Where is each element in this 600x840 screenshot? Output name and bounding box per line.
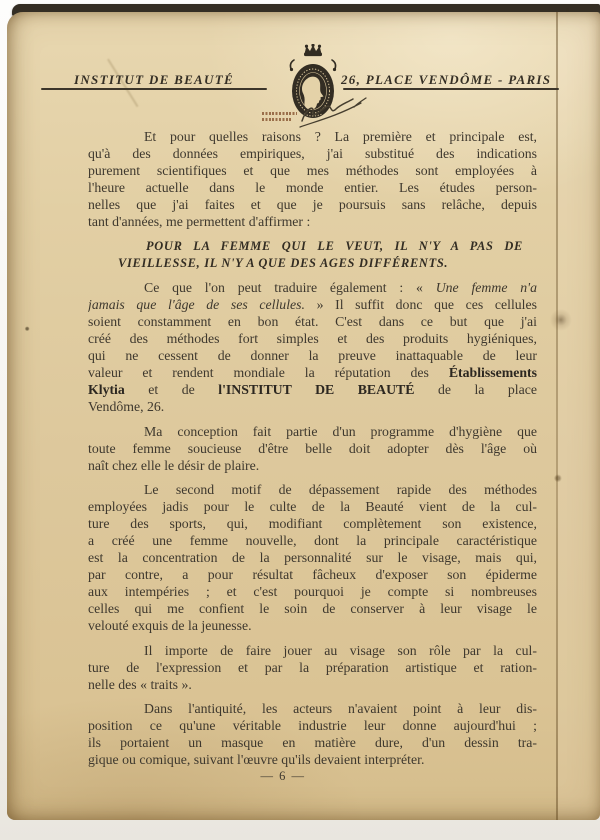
text-run: créé des méthodes fort simples et des pr… <box>88 331 537 346</box>
text-line: qui ne cessent de donner la preuve inatt… <box>88 347 537 364</box>
page-number: — 6 — <box>88 769 478 784</box>
text-line: créé des méthodes fort simples et des pr… <box>88 330 537 347</box>
paragraph: Le second motif de dépassement rapide de… <box>88 481 537 634</box>
text-line: nelles que j'ai faites et que je poursui… <box>88 196 537 213</box>
text-line: velouté exquis de la jeunesse. <box>88 617 537 634</box>
text-run: ils portaient un masque en matière dure,… <box>88 735 537 750</box>
header-left-title: INSTITUT DE BEAUTÉ <box>74 72 234 88</box>
bold-text-run: l'INSTITUT DE BEAUTÉ <box>218 382 414 397</box>
text-run: celles qui me confient le soin de conser… <box>88 601 537 616</box>
text-line: nelle des « traits ». <box>88 676 537 693</box>
text-line: celles qui me confient le soin de conser… <box>88 600 537 617</box>
text-run: et de <box>125 382 218 397</box>
text-run: qui ne cessent de donner la preuve inatt… <box>88 348 537 363</box>
page-fold-line <box>556 12 558 820</box>
text-line: Ce que l'on peut traduire également : « … <box>88 279 537 296</box>
text-line: purement scientifiques et que mes méthod… <box>88 162 537 179</box>
text-run: l'heure actuelle dans le monde entier. L… <box>88 180 537 195</box>
paragraph: Ce que l'on peut traduire également : « … <box>88 279 537 415</box>
text-line: Le second motif de dépassement rapide de… <box>88 481 537 498</box>
header-rule-right <box>343 88 559 90</box>
text-run: valeur et rendent mondiale la réputation… <box>88 365 449 380</box>
text-run: tant d'années, me permettent d'affirmer … <box>88 214 310 229</box>
bold-text-run: Établissements <box>449 365 537 380</box>
text-run: POUR LA FEMME QUI LE VEUT, IL N'Y A PAS … <box>146 239 523 253</box>
text-run: gique ou comique, suivant l'œuvre qu'ils… <box>88 752 424 767</box>
text-line: Klytia et de l'INSTITUT DE BEAUTÉ de la … <box>88 381 537 398</box>
text-line: ils portaient un masque en matière dure,… <box>88 734 537 751</box>
small-print-marks <box>262 118 291 121</box>
text-run: Ce que l'on peut traduire également : « <box>144 280 436 295</box>
bold-text-run: Klytia <box>88 382 125 397</box>
paragraph: Dans l'antiquité, les acteurs n'avaient … <box>88 700 537 768</box>
text-run: Il importe de faire jouer au visage son … <box>144 643 537 658</box>
text-run: » Il suffit donc que ces cellules <box>305 297 537 312</box>
paragraph: Ma conception fait partie d'un programme… <box>88 423 537 474</box>
paragraph: Il importe de faire jouer au visage son … <box>88 642 537 693</box>
text-line: Ma conception fait partie d'un programme… <box>88 423 537 440</box>
text-line: VIEILLESSE, IL N'Y A QUE DES AGES DIFFÉR… <box>118 255 523 272</box>
text-line: jamais que l'âge de ses cellules. » Il s… <box>88 296 537 313</box>
text-run: naît chez elle le désir de plaire. <box>88 458 259 473</box>
text-run: position ce qu'une véritable industrie l… <box>88 718 537 733</box>
text-line: valeur et rendent mondiale la réputation… <box>88 364 537 381</box>
small-print-marks <box>262 112 297 115</box>
italic-text-run: jamais que l'âge de ses cellules. <box>88 297 305 312</box>
text-run: nelles que j'ai faites et que je poursui… <box>88 197 537 212</box>
text-line: naît chez elle le désir de plaire. <box>88 457 537 474</box>
text-run: employées jadis pour le culte de la Beau… <box>88 499 537 514</box>
text-run: soient constamment en bon état. C'est da… <box>88 314 537 329</box>
text-run: par contre, a pour résultat fâcheux d'ex… <box>88 567 537 582</box>
text-line: gique ou comique, suivant l'œuvre qu'ils… <box>88 751 537 768</box>
text-run: ture de l'expression et par la préparati… <box>88 660 537 675</box>
text-run: Ma conception fait partie d'un programme… <box>144 424 537 439</box>
text-line: tant d'années, me permettent d'affirmer … <box>88 213 537 230</box>
italic-text-run: Une femme n'a <box>436 280 537 295</box>
page-fold-highlight <box>558 12 600 820</box>
text-run: Et pour quelles raisons ? La première et… <box>144 129 537 144</box>
text-line: Dans l'antiquité, les acteurs n'avaient … <box>88 700 537 717</box>
text-run: qu'à des données empiriques, j'ai substi… <box>88 146 537 161</box>
text-run: est la concentration de la personnalité … <box>88 550 537 565</box>
text-run: de la place <box>414 382 537 397</box>
text-run: aux intempéries ; et c'est pourquoi je c… <box>88 584 537 599</box>
text-line: toute femme soucieuse d'être belle doit … <box>88 440 537 457</box>
text-run: Dans l'antiquité, les acteurs n'avaient … <box>144 701 537 716</box>
page-body: Et pour quelles raisons ? La première et… <box>88 128 537 776</box>
text-run: toute femme soucieuse d'être belle doit … <box>88 441 537 456</box>
text-line: POUR LA FEMME QUI LE VEUT, IL N'Y A PAS … <box>118 238 523 255</box>
text-run: velouté exquis de la jeunesse. <box>88 618 252 633</box>
text-line: l'heure actuelle dans le monde entier. L… <box>88 179 537 196</box>
text-run: ture des sports, qui, modifiant complète… <box>88 516 537 531</box>
book-page: INSTITUT DE BEAUTÉ 26, PLACE VENDÔME - P… <box>7 12 600 820</box>
text-line: aux intempéries ; et c'est pourquoi je c… <box>88 583 537 600</box>
text-line: position ce qu'une véritable industrie l… <box>88 717 537 734</box>
photo-background: INSTITUT DE BEAUTÉ 26, PLACE VENDÔME - P… <box>0 0 600 840</box>
paragraph: POUR LA FEMME QUI LE VEUT, IL N'Y A PAS … <box>118 238 523 272</box>
header-rule-left <box>41 88 267 90</box>
text-run: a créé une femme nouvelle, dont la princ… <box>88 533 537 548</box>
text-line: Il importe de faire jouer au visage son … <box>88 642 537 659</box>
text-line: employées jadis pour le culte de la Beau… <box>88 498 537 515</box>
header-right-title: 26, PLACE VENDÔME - PARIS <box>341 72 551 88</box>
text-line: Vendôme, 26. <box>88 398 537 415</box>
text-line: qu'à des données empiriques, j'ai substi… <box>88 145 537 162</box>
text-line: est la concentration de la personnalité … <box>88 549 537 566</box>
text-line: Et pour quelles raisons ? La première et… <box>88 128 537 145</box>
paragraph: Et pour quelles raisons ? La première et… <box>88 128 537 230</box>
text-line: ture de l'expression et par la préparati… <box>88 659 537 676</box>
text-run: purement scientifiques et que mes méthod… <box>88 163 537 178</box>
text-run: VIEILLESSE, IL N'Y A QUE DES AGES DIFFÉR… <box>118 256 448 270</box>
text-line: ture des sports, qui, modifiant complète… <box>88 515 537 532</box>
text-line: a créé une femme nouvelle, dont la princ… <box>88 532 537 549</box>
text-line: soient constamment en bon état. C'est da… <box>88 313 537 330</box>
text-run: nelle des « traits ». <box>88 677 192 692</box>
text-run: Vendôme, 26. <box>88 399 164 414</box>
text-line: par contre, a pour résultat fâcheux d'ex… <box>88 566 537 583</box>
text-run: Le second motif de dépassement rapide de… <box>144 482 537 497</box>
crown-icon <box>305 44 322 56</box>
